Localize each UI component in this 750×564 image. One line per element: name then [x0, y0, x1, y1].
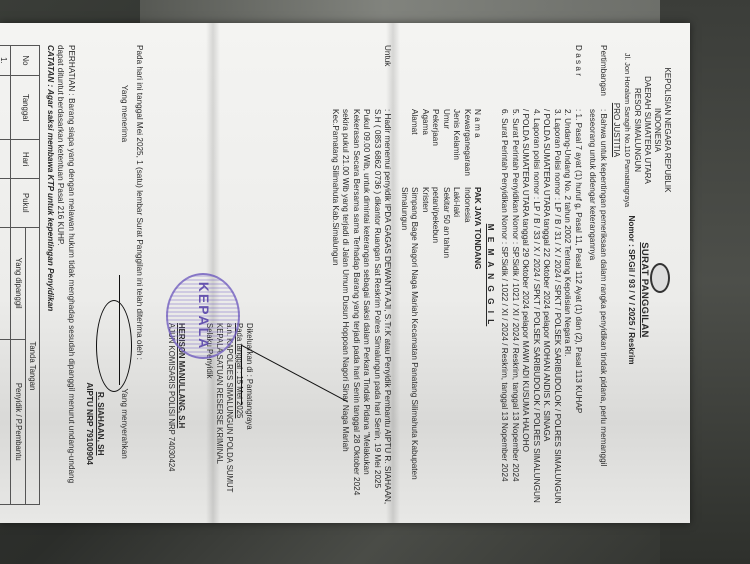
- dasar-row: D a s a r : 1. Pasal 7 ayat (1) huruf g,…: [499, 45, 583, 505]
- identity-key: N a m a: [472, 109, 483, 187]
- table-header: No: [10, 46, 40, 76]
- catatan-note: CATATAN : Agar saksi membawa KTP untuk k…: [45, 45, 56, 505]
- identity-row: AlamatSimpang Bage Nagori Naga Mariah Ke…: [399, 109, 420, 505]
- untuk-label: Untuk: [330, 45, 393, 109]
- memanggil-heading: M E M A N G G I L: [485, 45, 496, 505]
- identity-value: petani/pekebun: [430, 187, 441, 505]
- summons-document: KEPOLISIAN NEGARA REPUBLIK INDONESIA DAE…: [0, 23, 690, 523]
- identity-key: Agama: [420, 109, 431, 187]
- dasar-label: D a s a r: [499, 45, 583, 109]
- dasar-item: : 1. Pasal 7 ayat (1) huruf g, Pasal 11,…: [573, 109, 584, 505]
- identity-value: Kristen: [420, 187, 431, 505]
- dasar-item: 4. Laporan polisi nomor : LP / B / 33 / …: [520, 109, 541, 505]
- table-header: Tanggal: [10, 75, 40, 139]
- giver-name: R. SIAHAAN, SH: [95, 382, 106, 465]
- giver-rank: AIPTU NRP 79100904: [84, 382, 95, 465]
- table-cell: [0, 140, 10, 179]
- table-cell: [0, 75, 10, 139]
- table-cell: 1.: [0, 46, 10, 76]
- receipt-section: Pada hari ini tanggal Mei 2025, 1 (satu)…: [84, 45, 144, 505]
- police-emblem-icon: [650, 263, 670, 293]
- identity-row: UmurSekitar 50 an tahun: [441, 109, 452, 505]
- dasar-list: : 1. Pasal 7 ayat (1) huruf g, Pasal 11,…: [499, 109, 583, 505]
- org-line: DAERAH SUMATERA UTARA: [642, 45, 652, 215]
- photo-frame: KEPOLISIAN NEGARA REPUBLIK INDONESIA DAE…: [0, 18, 690, 528]
- identity-value: PAK JAYA TONDANG: [472, 187, 483, 505]
- issuer-rank: AJUN KOMISARIS POLISI NRP 74030424: [166, 323, 176, 493]
- identity-value: Indonesia: [462, 187, 473, 505]
- identity-key: Kewarganegaraan: [462, 109, 473, 187]
- notes-section: PERHATIAN : Barang siapa yang dengan mel…: [0, 45, 76, 505]
- considerations-section: Pertimbangan : Bahwa untuk kepentingan p…: [330, 45, 613, 505]
- pertimbangan-label: Pertimbangan: [587, 45, 608, 109]
- attendance-table: No Tanggal Hari Pukul Tanda Tangan Yang …: [0, 45, 41, 505]
- receiver-label: Yang menerima: [84, 85, 130, 142]
- org-line: KEPOLISIAN NEGARA REPUBLIK INDONESIA: [652, 45, 672, 215]
- table-header: Hari: [10, 140, 40, 179]
- giver-block: Yang menyerahkan R. SIAHAAN, SH AIPTU NR…: [84, 382, 130, 465]
- identity-key: Umur: [441, 109, 452, 187]
- table-subheader: Yang dipanggil: [10, 227, 25, 339]
- identity-row: Jenis KelaminLaki-laki: [451, 109, 462, 505]
- table-cell: [0, 339, 10, 504]
- table-header: Tanda Tangan: [25, 227, 40, 504]
- identity-value: Sekitar 50 an tahun: [441, 187, 452, 505]
- identity-row: AgamaKristen: [420, 109, 431, 505]
- pertimbangan-row: Pertimbangan : Bahwa untuk kepentingan p…: [587, 45, 608, 505]
- document-number: Nomor : SP.Gil / 93 / V / 2025 / Reskrim: [625, 195, 636, 385]
- untuk-row: Untuk : Hadir menemui penyidik IPDA GAGA…: [330, 45, 393, 505]
- perhatian-note: PERHATIAN : Barang siapa yang dengan mel…: [55, 45, 76, 505]
- table-header-row: No Tanggal Hari Pukul Tanda Tangan: [25, 46, 40, 505]
- dasar-item: 2. Undang-Undang No. 2 tahun 2002 Tentan…: [562, 109, 573, 505]
- document-title: SURAT PANGGILAN: [638, 195, 650, 385]
- table-cell: [0, 227, 10, 339]
- identity-row: Pekerjaanpetani/pekebun: [430, 109, 441, 505]
- table-subheader: Penyidik / P.Pembantu: [10, 339, 25, 504]
- signature-loop: [96, 300, 132, 392]
- giver-label: Yang menyerahkan: [119, 382, 130, 465]
- letterhead: KEPOLISIAN NEGARA REPUBLIK INDONESIA DAE…: [611, 45, 672, 215]
- identity-row: N a m aPAK JAYA TONDANG: [472, 109, 483, 505]
- document-body: KEPOLISIAN NEGARA REPUBLIK INDONESIA DAE…: [10, 45, 672, 505]
- issued-date: Pada tanggal : 15 Mei 2025: [234, 323, 244, 493]
- org-line: RESOR SIMALUNGUN: [632, 45, 642, 215]
- identity-value: Simpang Bage Nagori Naga Mariah Kecamata…: [399, 187, 420, 505]
- signature-stroke: [241, 345, 242, 405]
- identity-row: KewarganegaraanIndonesia: [462, 109, 473, 505]
- untuk-text: : Hadir menemui penyidik IPDA GAGAS DEWA…: [330, 109, 393, 505]
- pertimbangan-text: : Bahwa untuk kepentingan pemeriksaan da…: [587, 109, 608, 505]
- title-block: SURAT PANGGILAN Nomor : SP.Gil / 93 / V …: [625, 195, 650, 385]
- table-header: Pukul: [10, 178, 40, 227]
- pro-justitia: PRO JUSTITIA: [611, 45, 621, 215]
- official-stamp: KEPALA: [166, 273, 240, 359]
- identity-key: Jenis Kelamin: [451, 109, 462, 187]
- address: Jl. Jon Horalam Saragih No.110 Pamatangr…: [623, 45, 632, 215]
- receipt-line: Pada hari ini tanggal Mei 2025, 1 (satu)…: [134, 45, 145, 505]
- dasar-item: 5. Surat Perintah Penyidikan Nomor : SP.…: [510, 109, 521, 505]
- dasar-item: 3. Laporan Polisi nomor : LP / B / 31 / …: [541, 109, 562, 505]
- identity-key: Pekerjaan: [430, 109, 441, 187]
- table-cell: [0, 178, 10, 227]
- identity-key: Alamat: [399, 109, 420, 187]
- dasar-item: 6. Surat Perintah Penyidikan Nomor : SP.…: [499, 109, 510, 505]
- table-row: 1.: [0, 46, 10, 505]
- identity-value: Laki-laki: [451, 187, 462, 505]
